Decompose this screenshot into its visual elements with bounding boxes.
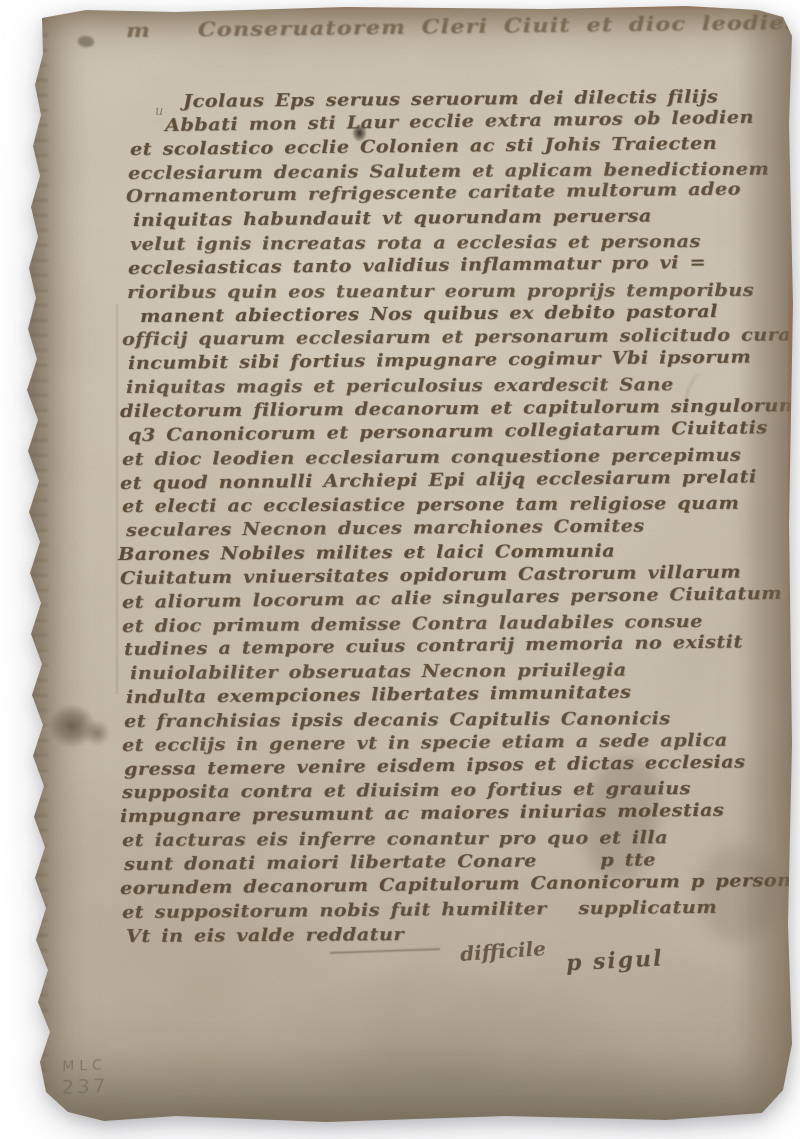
manuscript-line: impugnare presumunt ac maiores iniurias … [120,798,781,829]
shelfmark-number: 237 [62,1075,109,1099]
pencil-shelfmark: MLC 237 [62,1055,109,1099]
manuscript-line: iniquitas habundauit vt quorundam peruer… [133,204,781,233]
manuscript-text-block: Jcolaus Eps seruus seruorum dei dilectis… [118,90,738,948]
deckled-left-edge [26,4,48,1127]
manuscript-page: m Conseruatorem Cleri Ciuit et dioc leod… [26,4,793,1127]
notary-signature: p sigul [565,945,664,976]
manuscript-line: incumbit sibi fortius impugnare cogimur … [128,345,781,376]
red-stained-right-edge [788,234,793,654]
red-stained-top-edge [100,4,785,10]
manuscript-line: Vt in eis valde reddatur [126,920,781,948]
shelfmark-letters: MLC [62,1055,109,1077]
manuscript-line: et suppositorum nobis fuit humiliter sup… [122,895,781,925]
manuscript-page-wrapper: m Conseruatorem Cleri Ciuit et dioc leod… [26,4,793,1127]
